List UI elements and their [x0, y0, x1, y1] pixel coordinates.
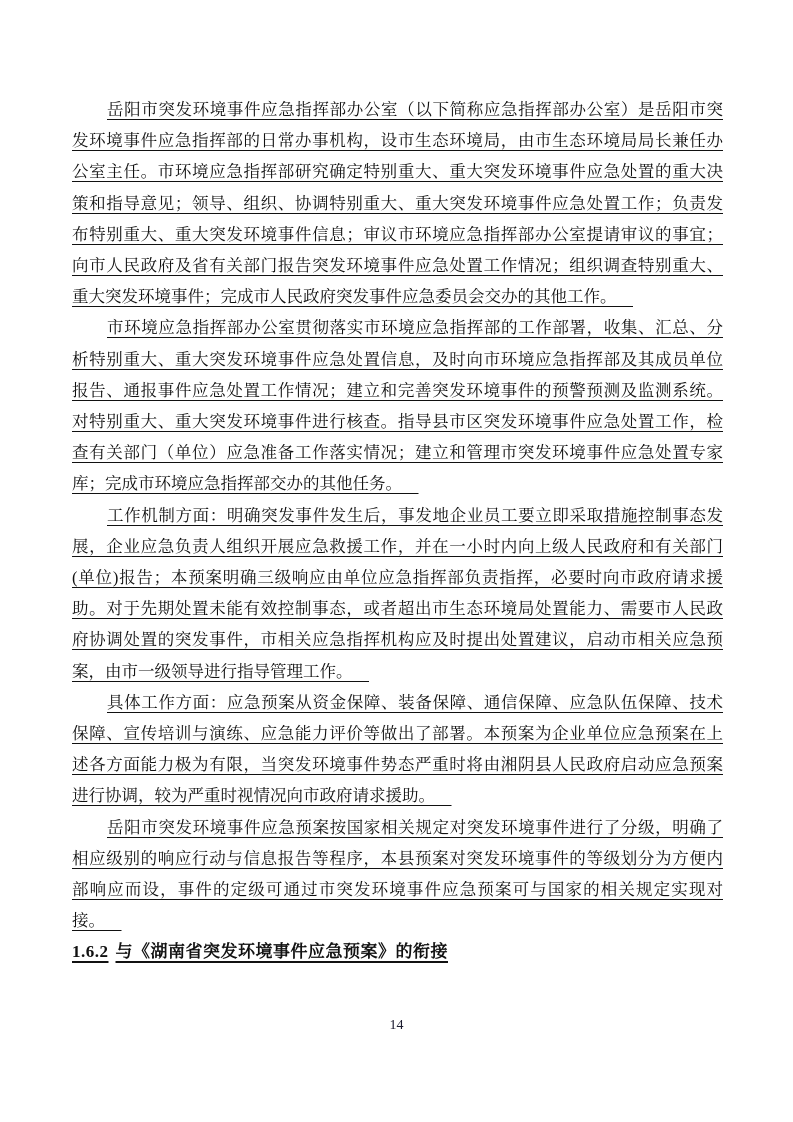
- text-line: 对特别重大、重大突发环境事件进行核查。指导县市区突发环境事件应急处置工作，检: [72, 406, 723, 437]
- text-line: 布特别重大、重大突发环境事件信息；审议市环境应急指挥部办公室提请审议的事宜；: [72, 219, 723, 250]
- text-line: 相应级别的响应行动与信息报告等程序，本县预案对突发环境事件的等级划分为方便内: [72, 843, 723, 874]
- text-line: 进行协调，较为严重时视情况向市政府请求援助。: [72, 780, 723, 811]
- text-line: (单位)报告；本预案明确三级响应由单位应急指挥部负责指挥，必要时向市政府请求援: [72, 562, 723, 593]
- text-line: 岳阳市突发环境事件应急指挥部办公室（以下简称应急指挥部办公室）是岳阳市突: [72, 94, 723, 125]
- text-line: 部响应而设，事件的定级可通过市突发环境事件应急预案可与国家的相关规定实现对: [72, 874, 723, 905]
- text-line: 查有关部门（单位）应急准备工作落实情况；建立和管理市突发环境事件应急处置专家: [72, 437, 723, 468]
- section-number: 1.6.2: [72, 942, 109, 961]
- text-line: 保障、宣传培训与演练、应急能力评价等做出了部署。本预案为企业单位应急预案在上: [72, 718, 723, 749]
- paragraph-4: 具体工作方面：应急预案从资金保障、装备保障、通信保障、应急队伍保障、技术 保障、…: [72, 687, 723, 812]
- text-line: 接。: [72, 905, 723, 936]
- text-line: 工作机制方面：明确突发事件发生后，事发地企业员工要立即采取措施控制事态发: [72, 500, 723, 531]
- text-line: 向市人民政府及省有关部门报告突发环境事件应急处置工作情况；组织调查特别重大、: [72, 250, 723, 281]
- paragraph-5: 岳阳市突发环境事件应急预案按国家相关规定对突发环境事件进行了分级，明确了 相应级…: [72, 812, 723, 937]
- text-line: 具体工作方面：应急预案从资金保障、装备保障、通信保障、应急队伍保障、技术: [72, 687, 723, 718]
- text-line: 报告、通报事件应急处置工作情况；建立和完善突发环境事件的预警预测及监测系统。: [72, 375, 723, 406]
- paragraph-1: 岳阳市突发环境事件应急指挥部办公室（以下简称应急指挥部办公室）是岳阳市突 发环境…: [72, 94, 723, 312]
- text-line: 府协调处置的突发事件，市相关应急指挥机构应及时提出处置建议，启动市相关应急预: [72, 624, 723, 655]
- text-line: 岳阳市突发环境事件应急预案按国家相关规定对突发环境事件进行了分级，明确了: [72, 812, 723, 843]
- text-line: 述各方面能力极为有限，当突发环境事件势态严重时将由湘阴县人民政府启动应急预案: [72, 749, 723, 780]
- page-number: 14: [0, 1018, 793, 1034]
- text-line: 展，企业应急负责人组织开展应急救援工作，并在一小时内向上级人民政府和有关部门: [72, 531, 723, 562]
- section-heading: 1.6.2与《湖南省突发环境事件应急预案》的衔接: [72, 936, 723, 967]
- paragraph-3: 工作机制方面：明确突发事件发生后，事发地企业员工要立即采取措施控制事态发 展，企…: [72, 500, 723, 687]
- section-title: 与《湖南省突发环境事件应急预案》的衔接: [116, 942, 449, 961]
- text-line: 重大突发环境事件；完成市人民政府突发事件应急委员会交办的其他工作。: [72, 281, 723, 312]
- text-line: 案，由市一级领导进行指导管理工作。: [72, 656, 723, 687]
- document-body: 岳阳市突发环境事件应急指挥部办公室（以下简称应急指挥部办公室）是岳阳市突 发环境…: [72, 94, 723, 968]
- text-line: 市环境应急指挥部办公室贯彻落实市环境应急指挥部的工作部署，收集、汇总、分: [72, 312, 723, 343]
- text-line: 库；完成市环境应急指挥部交办的其他任务。: [72, 468, 723, 499]
- text-line: 公室主任。市环境应急指挥部研究确定特别重大、重大突发环境事件应急处置的重大决: [72, 156, 723, 187]
- document-page: 岳阳市突发环境事件应急指挥部办公室（以下简称应急指挥部办公室）是岳阳市突 发环境…: [0, 0, 793, 1122]
- text-line: 发环境事件应急指挥部的日常办事机构，设市生态环境局，由市生态环境局局长兼任办: [72, 125, 723, 156]
- text-line: 析特别重大、重大突发环境事件应急处置信息，及时向市环境应急指挥部及其成员单位: [72, 344, 723, 375]
- paragraph-2: 市环境应急指挥部办公室贯彻落实市环境应急指挥部的工作部署，收集、汇总、分 析特别…: [72, 312, 723, 499]
- text-line: 助。对于先期处置未能有效控制事态，或者超出市生态环境局处置能力、需要市人民政: [72, 593, 723, 624]
- text-line: 策和指导意见；领导、组织、协调特别重大、重大突发环境事件应急处置工作；负责发: [72, 188, 723, 219]
